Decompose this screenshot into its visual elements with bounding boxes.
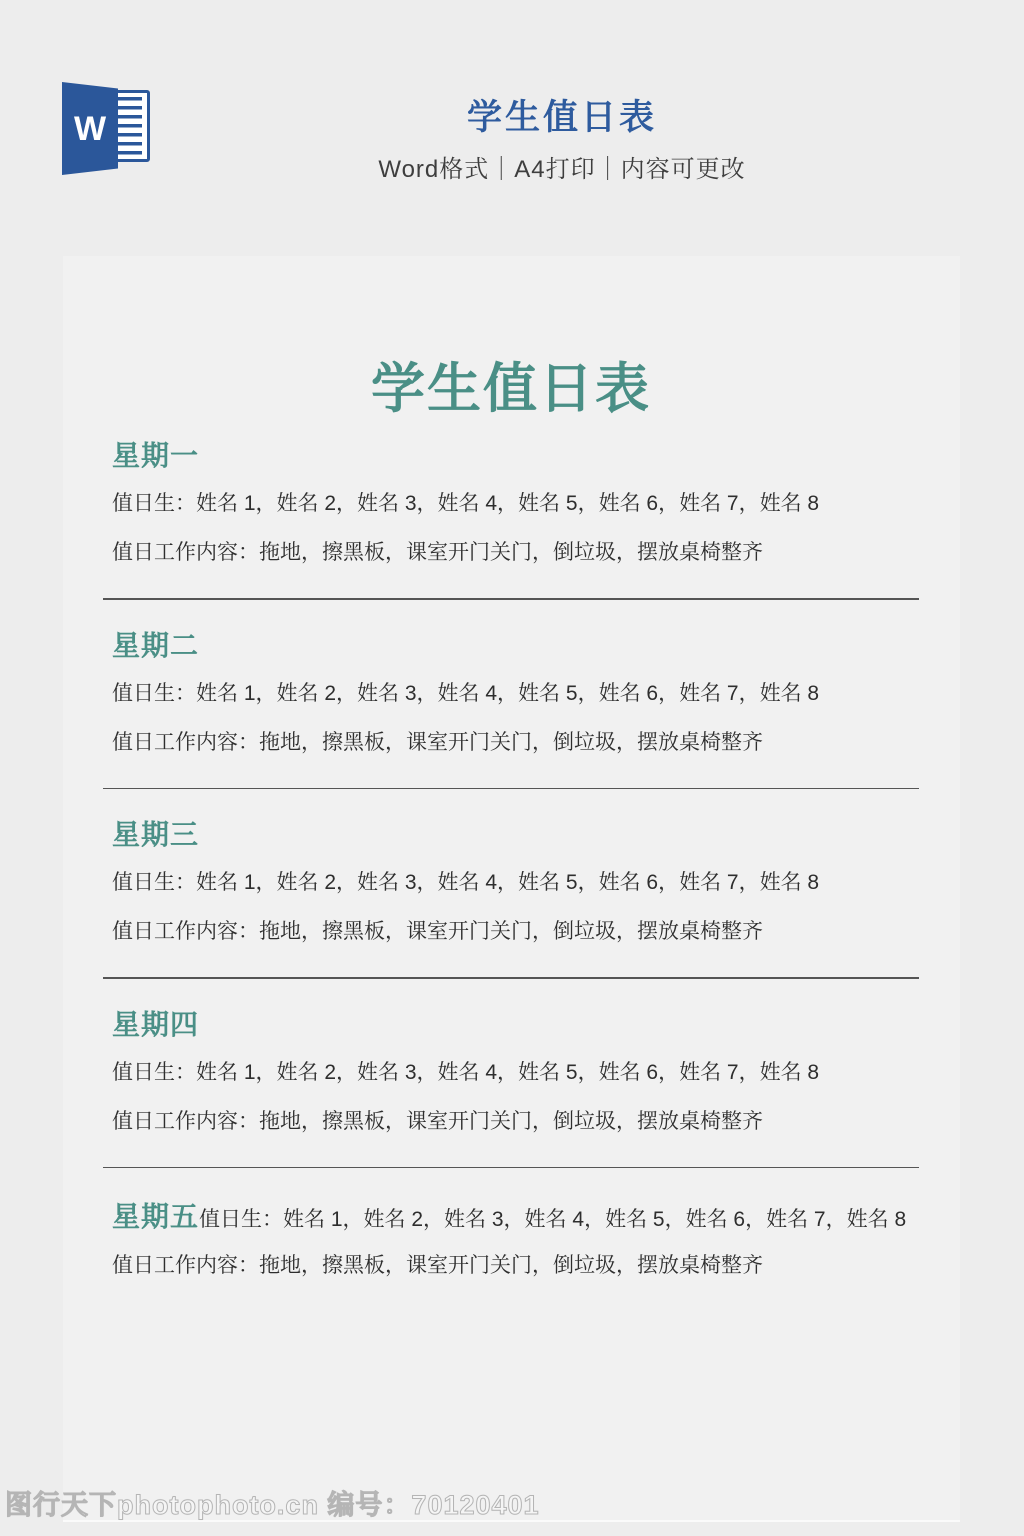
- day-heading: 星期一: [103, 442, 919, 470]
- document-page: 学生值日表 星期一 值日生：姓名 1，姓名 2，姓名 3，姓名 4，姓名 5，姓…: [63, 256, 960, 1522]
- students-line: 值日生：姓名 1，姓名 2，姓名 3，姓名 4，姓名 5，姓名 6，姓名 7，姓…: [103, 680, 919, 708]
- section-divider: [103, 788, 919, 790]
- section-divider: [103, 1167, 919, 1169]
- section-divider: [103, 977, 919, 979]
- friday-inline-row: 星期五值日生：姓名 1，姓名 2，姓名 3，姓名 4，姓名 5，姓名 6，姓名 …: [103, 1200, 919, 1237]
- duty-line: 值日工作内容：拖地，擦黑板，课室开门关门，倒垃圾，摆放桌椅整齐: [103, 918, 919, 946]
- students-line: 值日生：姓名 1，姓名 2，姓名 3，姓名 4，姓名 5，姓名 6，姓名 7，姓…: [103, 490, 919, 518]
- day-heading: 星期二: [103, 632, 919, 660]
- template-preview: W 学生值日表 Word格式｜A4打印｜内容可更改 学生值日表 星期一 值日生：…: [0, 0, 1024, 1536]
- students-line: 值日生：姓名 1，姓名 2，姓名 3，姓名 4，姓名 5，姓名 6，姓名 7，姓…: [103, 1059, 919, 1087]
- day-heading: 星期四: [103, 1011, 919, 1039]
- header-subtitle: Word格式｜A4打印｜内容可更改: [100, 156, 1024, 184]
- duty-line: 值日工作内容：拖地，擦黑板，课室开门关门，倒垃圾，摆放桌椅整齐: [103, 539, 919, 567]
- duty-line: 值日工作内容：拖地，擦黑板，课室开门关门，倒垃圾，摆放桌椅整齐: [103, 1252, 919, 1280]
- watermark: 图行天下photophoto.cn 编号：70120401: [5, 1490, 540, 1520]
- students-line: 值日生：姓名 1，姓名 2，姓名 3，姓名 4，姓名 5，姓名 6，姓名 7，姓…: [199, 1208, 906, 1231]
- section-divider: [103, 598, 919, 600]
- document-title: 学生值日表: [103, 362, 919, 416]
- header: W 学生值日表 Word格式｜A4打印｜内容可更改: [0, 0, 1024, 256]
- duty-line: 值日工作内容：拖地，擦黑板，课室开门关门，倒垃圾，摆放桌椅整齐: [103, 729, 919, 757]
- day-heading: 星期五: [112, 1201, 199, 1232]
- header-text: 学生值日表 Word格式｜A4打印｜内容可更改: [0, 96, 1024, 184]
- students-line: 值日生：姓名 1，姓名 2，姓名 3，姓名 4，姓名 5，姓名 6，姓名 7，姓…: [103, 869, 919, 897]
- day-heading: 星期三: [103, 821, 919, 849]
- section-tuesday: 星期二 值日生：姓名 1，姓名 2，姓名 3，姓名 4，姓名 5，姓名 6，姓名…: [103, 632, 919, 790]
- section-friday: 星期五值日生：姓名 1，姓名 2，姓名 3，姓名 4，姓名 5，姓名 6，姓名 …: [103, 1200, 919, 1280]
- section-thursday: 星期四 值日生：姓名 1，姓名 2，姓名 3，姓名 4，姓名 5，姓名 6，姓名…: [103, 1011, 919, 1169]
- header-title: 学生值日表: [100, 96, 1024, 140]
- duty-line: 值日工作内容：拖地，擦黑板，课室开门关门，倒垃圾，摆放桌椅整齐: [103, 1108, 919, 1136]
- section-monday: 星期一 值日生：姓名 1，姓名 2，姓名 3，姓名 4，姓名 5，姓名 6，姓名…: [103, 442, 919, 600]
- section-wednesday: 星期三 值日生：姓名 1，姓名 2，姓名 3，姓名 4，姓名 5，姓名 6，姓名…: [103, 821, 919, 979]
